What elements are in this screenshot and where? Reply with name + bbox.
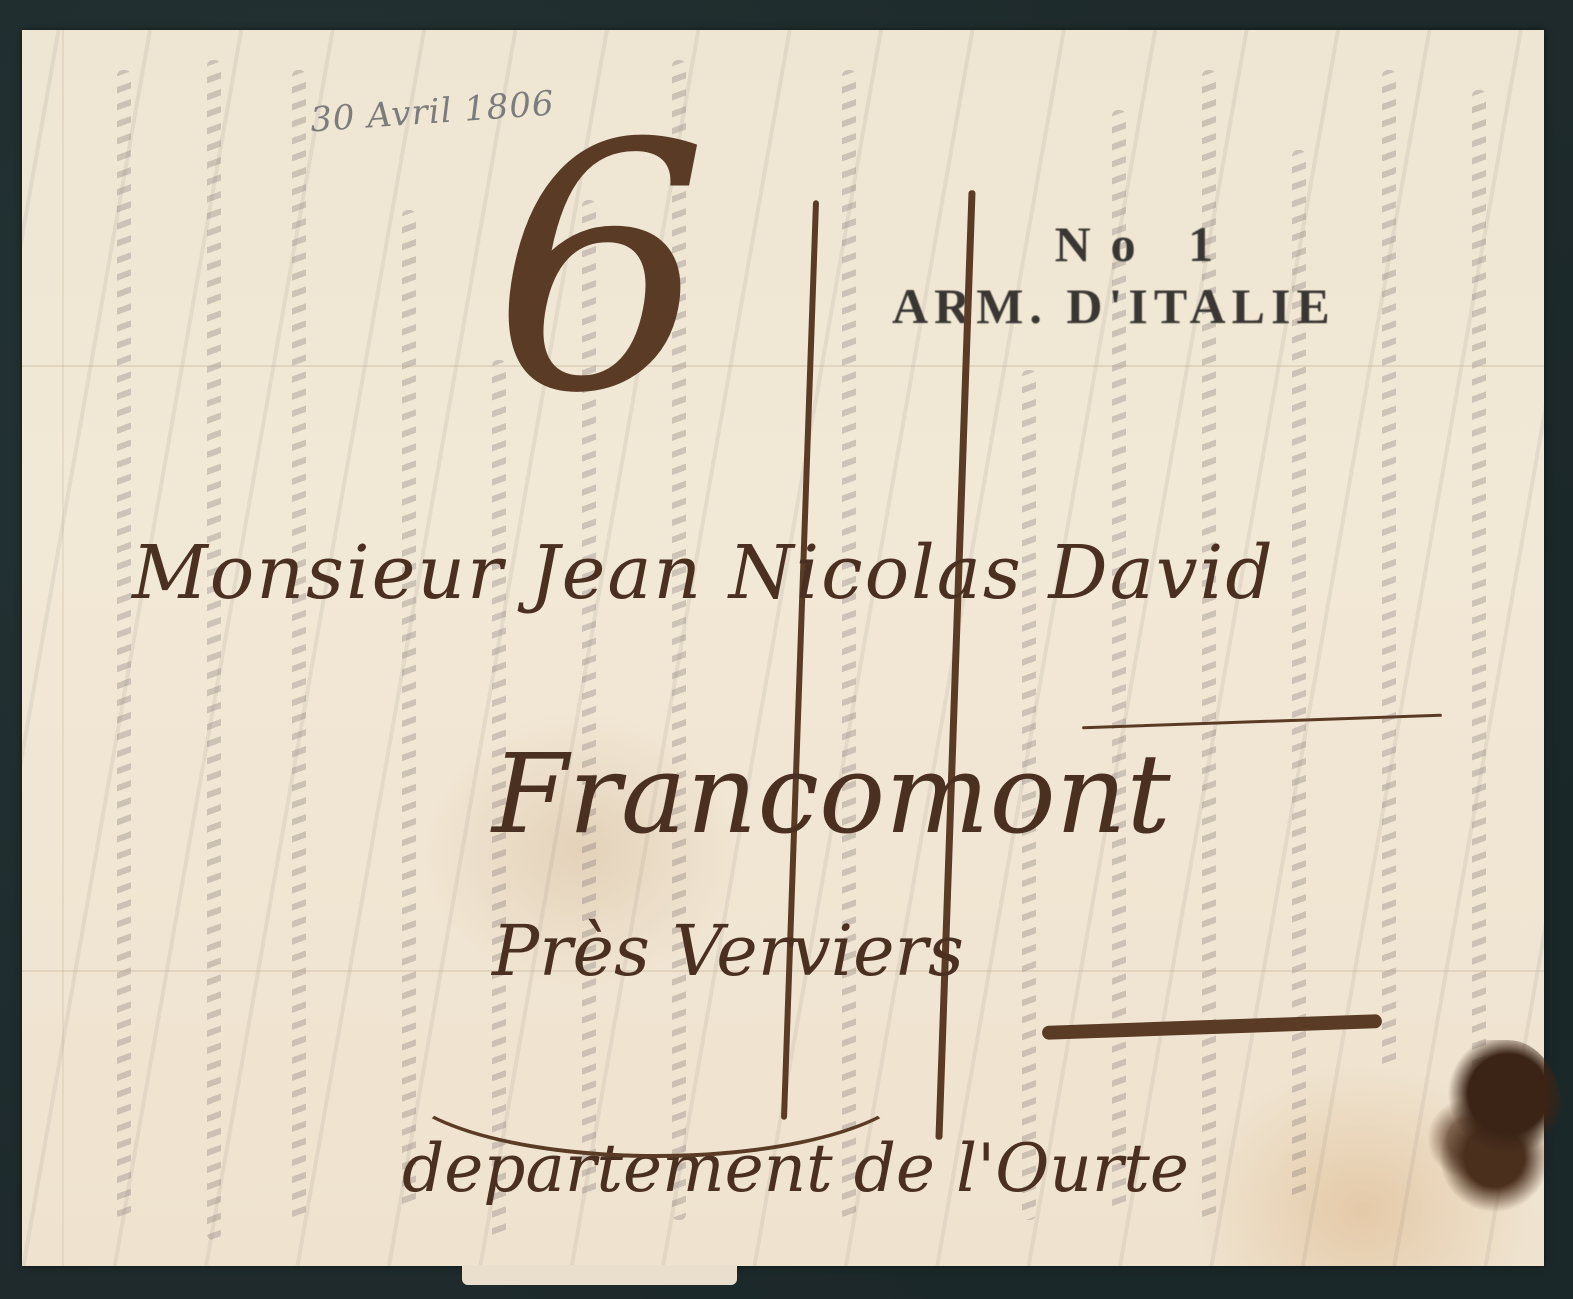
fold-line <box>22 365 1544 367</box>
ghost-text-column <box>292 70 306 1220</box>
town-line: Francomont <box>492 730 1171 858</box>
ghost-text-column <box>1472 90 1486 1090</box>
fold-line <box>62 30 64 1266</box>
addressee-line: Monsieur Jean Nicolas David <box>132 530 1275 616</box>
stamp-line-army: ARM. D'ITALIE <box>892 277 1336 335</box>
swash-flourish <box>392 990 920 1158</box>
paper-tab <box>462 1265 737 1285</box>
letter-sheet: 30 Avril 1806 6 No 1 ARM. D'ITALIE Monsi… <box>22 30 1544 1266</box>
ink-blot-seal-remnant <box>1427 1040 1562 1220</box>
postal-handstamp: No 1 ARM. D'ITALIE <box>892 215 1336 335</box>
ghost-text-column <box>1382 70 1396 1070</box>
ghost-text-column <box>207 60 221 1240</box>
ghost-text-column <box>117 70 131 1220</box>
near-line: Près Verviers <box>492 910 964 992</box>
stamp-line-number: No 1 <box>952 215 1336 273</box>
rate-marking: 6 <box>492 100 708 440</box>
